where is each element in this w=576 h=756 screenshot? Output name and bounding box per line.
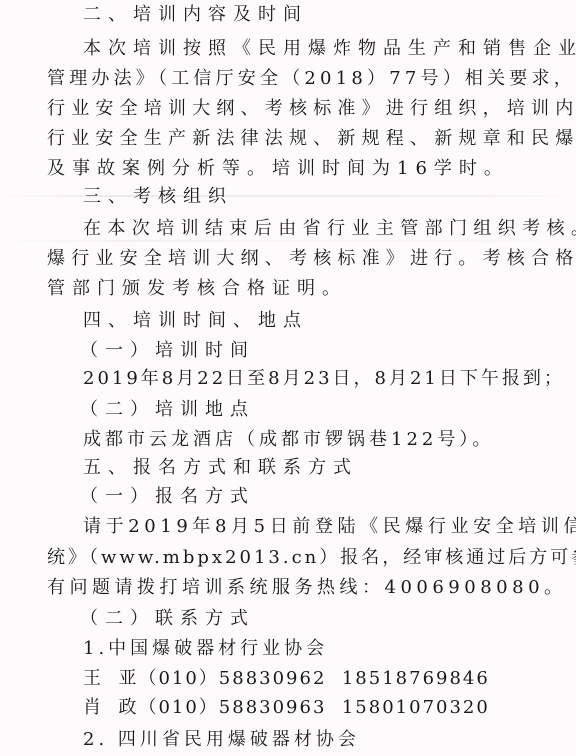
subheading-training-location: （二）培训地点: [80, 399, 255, 421]
training-dates: 2019年8月22日至8月23日，8月21日下午报到；: [83, 368, 565, 390]
section-heading-registration-contact: 五、报名方式和联系方式: [83, 457, 358, 479]
subheading-registration: （一）报名方式: [80, 486, 255, 508]
contact-wang-ya: 王 亚（010）58830962 18518769846: [83, 668, 490, 690]
subheading-contact: （二）联系方式: [80, 608, 255, 630]
paragraph-line: 在本次培训结束后由省行业主管部门组织考核。考核依据《民: [83, 218, 576, 240]
paragraph-line: 管理办法》（工信厅安全（2018）77号）相关要求，依据《民爆: [47, 68, 576, 90]
scan-stain: [0, 240, 576, 242]
section-heading-training-content: 二、培训内容及时间: [83, 4, 308, 26]
paragraph-line-with-link: 统》（www.mbpx2013.cn）报名，经审核通过后方可参加培训。遇: [47, 547, 576, 569]
document-page: 二、培训内容及时间 本次培训按照《民用爆炸物品生产和销售企业安全生产培训 管理办…: [0, 0, 576, 756]
contact-xiao-zheng: 肖 政（010）58830963 15801070320: [83, 697, 490, 719]
subheading-training-time: （一）培训时间: [80, 340, 255, 362]
paragraph-line: 及事故案例分析等。培训时间为16学时。: [47, 158, 509, 180]
paragraph-line: 行业安全生产新法律法规、新规程、新规章和民爆行业安全管理: [47, 128, 576, 150]
paragraph-line: 本次培训按照《民用爆炸物品生产和销售企业安全生产培训: [83, 38, 576, 60]
org-china-explosives-association: 1.中国爆破器材行业协会: [83, 638, 328, 660]
paragraph-line: 爆行业安全培训大纲、考核标准》进行。考核合格者，由行业主: [47, 248, 576, 270]
section-heading-assessment: 三、考核组织: [83, 186, 233, 208]
paragraph-line: 行业安全培训大纲、考核标准》进行组织，培训内容包括国家和: [47, 98, 576, 120]
paragraph-line-hotline: 有问题请拨打培训系统服务热线：4006908080。: [47, 577, 567, 599]
training-location: 成都市云龙酒店（成都市锣锅巷122号）。: [83, 429, 494, 451]
paragraph-line: 请于2019年8月5日前登陆《民爆行业安全培训信息管理系: [83, 516, 576, 538]
paragraph-line: 管部门颁发考核合格证明。: [47, 278, 347, 300]
org-sichuan-explosives-association: 2. 四川省民用爆破器材协会: [83, 729, 360, 751]
section-heading-time-location: 四、培训时间、地点: [83, 310, 308, 332]
